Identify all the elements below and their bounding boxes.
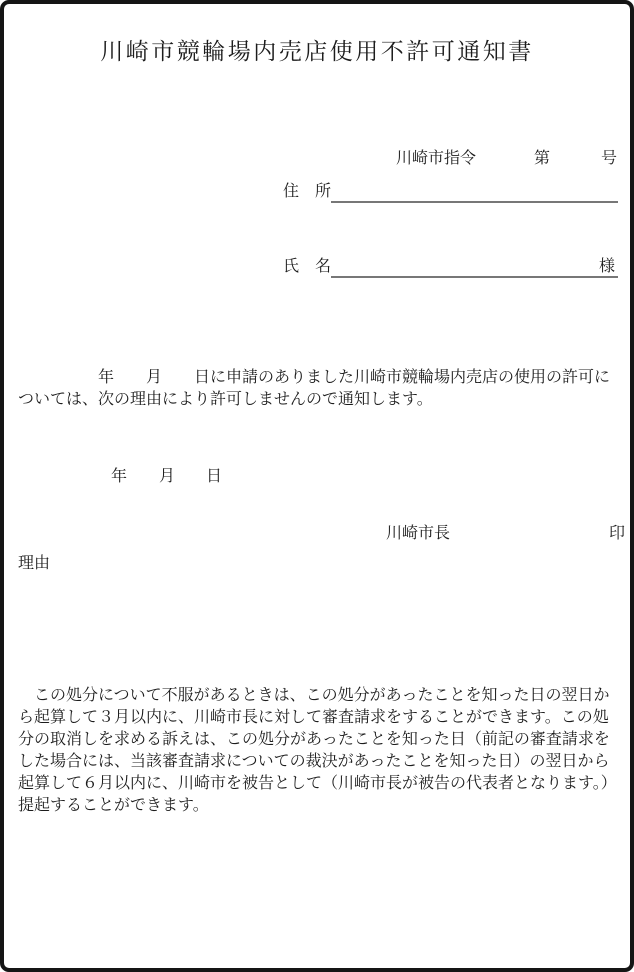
notice-body-paragraph: 年 月 日に申請のありました川崎市競輪場内売店の使用の許可に ついては、次の理由… xyxy=(18,367,610,411)
appeal-notice-line: 提起することができます。 xyxy=(18,795,617,817)
notice-body-line: ついては、次の理由により許可しませんので通知します。 xyxy=(18,389,610,411)
appeal-notice-line: 分の取消しを求める訴えは、この処分があったことを知った日（前記の審査請求を xyxy=(18,729,617,751)
appeal-notice-line: ら起算して３月以内に、川崎市長に対して審査請求をすることができます。この処 xyxy=(18,707,617,729)
address-blank-line xyxy=(331,181,618,203)
document-title: 川崎市競輪場内売店使用不許可通知書 xyxy=(4,37,630,67)
appeal-notice-line: 起算して６月以内に、川崎市を被告として（川崎市長が被告の代表者となります。） xyxy=(18,773,617,795)
address-field: 住 所 xyxy=(283,181,618,203)
notice-document: 川崎市競輪場内売店使用不許可通知書 川崎市指令第号 住 所 氏 名 様 年 月 … xyxy=(0,0,634,972)
seal-mark: 印 xyxy=(609,525,625,542)
reason-label: 理由 xyxy=(18,553,50,575)
name-label: 氏 名 xyxy=(283,256,331,278)
name-honorific: 様 xyxy=(598,256,618,278)
appeal-notice-line: した場合には、当該審査請求についての裁決があったことを知った日）の翌日から xyxy=(18,751,617,773)
name-field: 氏 名 様 xyxy=(283,256,618,278)
mayor-signature-line: 川崎市長印 xyxy=(370,501,625,567)
appeal-notice-paragraph: この処分について不服があるときは、この処分があったことを知った日の翌日か ら起算… xyxy=(18,685,617,817)
year-label: 年 xyxy=(111,468,127,485)
name-blank-line xyxy=(331,256,598,278)
mayor-title: 川崎市長 xyxy=(386,525,450,542)
day-label: 日 xyxy=(206,468,222,485)
directive-number-suffix: 号 xyxy=(601,150,617,167)
notice-body-line: 年 月 日に申請のありました川崎市競輪場内売店の使用の許可に xyxy=(18,367,610,389)
directive-authority: 川崎市指令 xyxy=(396,150,476,167)
appeal-notice-line: この処分について不服があるときは、この処分があったことを知った日の翌日か xyxy=(18,685,617,707)
date-line: 年月日 xyxy=(95,444,222,510)
directive-number-prefix: 第 xyxy=(534,150,550,167)
month-label: 月 xyxy=(159,468,175,485)
address-label: 住 所 xyxy=(283,181,331,203)
